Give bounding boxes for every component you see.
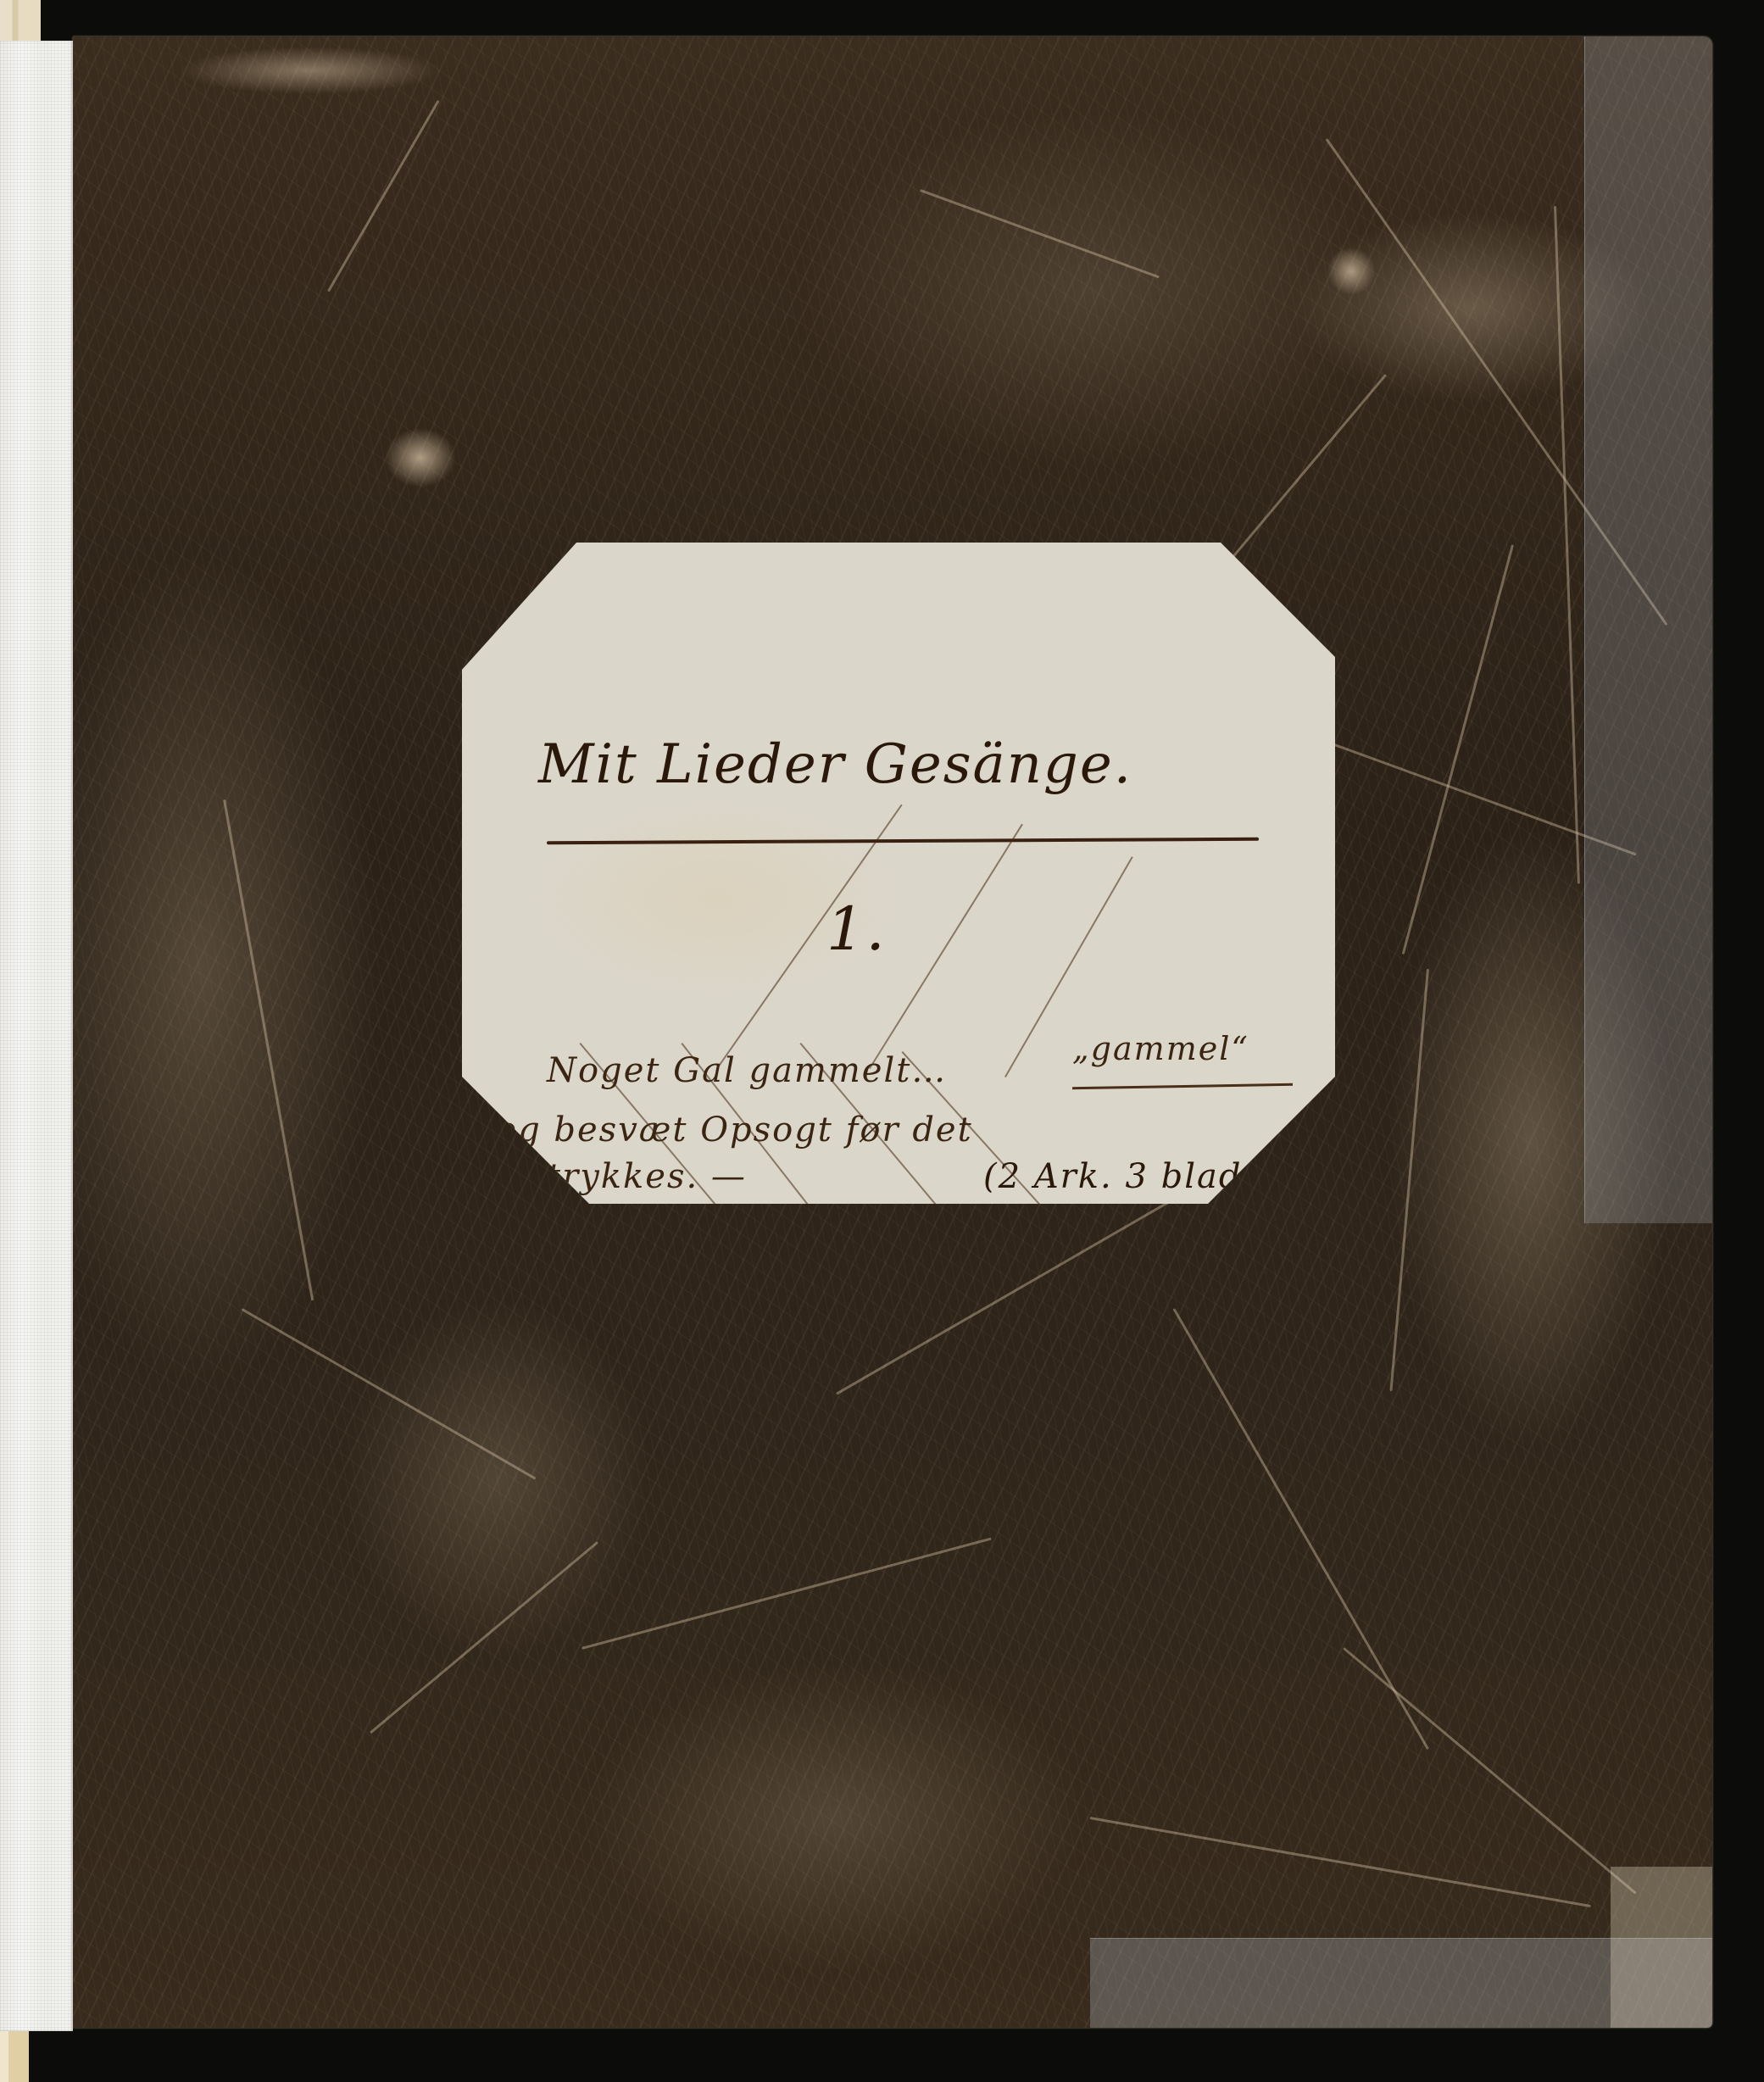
volume-number: 1. [826, 894, 887, 964]
sheet-count-note: (2 Ark. 3 blad. [983, 1157, 1255, 1196]
cover-crack [836, 1181, 1205, 1395]
cover-crack [1554, 206, 1580, 884]
cover-crack [582, 1538, 992, 1650]
cover-crack [920, 189, 1160, 278]
cover-crack [242, 1308, 537, 1480]
label-title: Mit Lieder Gesänge. [538, 733, 1132, 796]
tape-repair-right-edge [1584, 36, 1712, 1223]
struck-line-2: og besvæt Opsogt før det [496, 1111, 973, 1150]
cover-crack [1089, 1817, 1590, 1907]
cover-crack [1402, 544, 1514, 955]
cover-crack [1343, 1647, 1637, 1895]
added-note: „gammel“ [1072, 1030, 1249, 1067]
tape-repair-bottom-corner [1611, 1867, 1712, 2028]
title-underline [547, 838, 1259, 844]
cover-crack [1389, 969, 1429, 1391]
cover-label: Mit Lieder Gesänge. 1. „gammel“ Noget Ga… [462, 543, 1335, 1204]
struck-line-1: Noget Gal gammelt… [547, 1051, 947, 1090]
added-note-underline [1072, 1083, 1293, 1090]
strike-mark [869, 824, 1023, 1069]
struck-line-3: trykkes. — [547, 1157, 747, 1196]
linen-spine-strip [0, 41, 73, 2031]
background-paper-stack-bottom [0, 2028, 29, 2082]
cover-crack [370, 1541, 598, 1734]
cover-crack [223, 799, 314, 1300]
cover-crack [327, 100, 440, 292]
